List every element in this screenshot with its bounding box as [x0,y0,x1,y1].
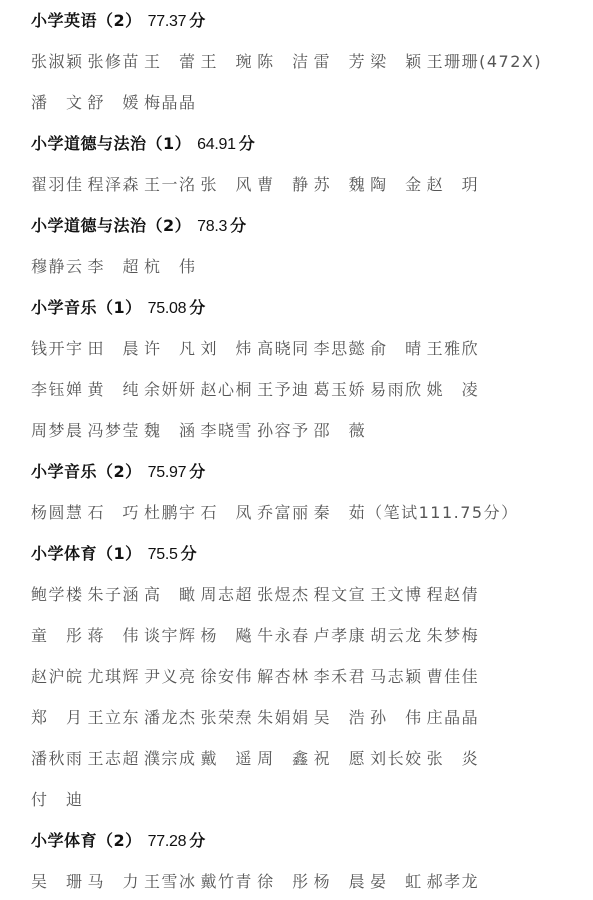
candidate-name: 刘 炜 [201,328,254,369]
candidate-name: 程文宣 [314,574,367,615]
names-line: 翟羽佳程泽森王一洺张 风曹 静苏 魏陶 金赵 玥 [31,164,591,205]
candidate-name: 张 风 [201,164,254,205]
candidate-name: 易雨欣 [370,369,423,410]
names-line: 穆静云李 超杭 伟 [31,246,591,287]
candidate-name: 李 超 [88,246,141,287]
candidate-name: 陈 洁 [257,41,310,82]
names-line: 付 迪 [31,779,591,820]
candidate-name: 姚 凌 [427,369,480,410]
section-heading: 小学道德与法治（2）78.3分 [31,205,591,246]
score-unit: 分 [230,216,247,235]
candidate-name: 乔富丽 [257,492,310,533]
candidate-name: 雷 芳 [314,41,367,82]
candidate-name: 赵 玥 [427,164,480,205]
candidate-name: 石 凤 [201,492,254,533]
candidate-name: 孙 伟 [370,697,423,738]
candidate-name: 刘长姣 [370,738,423,779]
candidate-name: 秦 茹（笔试111.75分） [314,492,519,533]
candidate-name: 朱梦梅 [427,615,480,656]
section-score: 75.5 [148,546,178,563]
candidate-name: 卢孝康 [314,615,367,656]
names-line: 赵沪皖尤琪辉尹义亮徐安伟解杏林李禾君马志颖曹佳佳 [31,656,591,697]
names-line: 吴 珊马 力王雪冰戴竹青徐 彤杨 晨晏 虹郝孝龙 [31,861,591,900]
section-heading: 小学音乐（1）75.08分 [31,287,591,328]
candidate-name: 杨圆慧 [31,492,84,533]
candidate-name: 付 迪 [31,779,84,820]
candidate-name: 程赵倩 [427,574,480,615]
candidate-name: 高 瞰 [144,574,197,615]
section-score: 77.37 [148,13,187,30]
candidate-name: 戴 遥 [201,738,254,779]
candidate-name: 俞 晴 [370,328,423,369]
score-unit: 分 [189,831,206,850]
section-title: 小学英语（2） [31,11,142,30]
candidate-name: 尤琪辉 [88,656,141,697]
candidate-name: 尹义亮 [144,656,197,697]
section-title: 小学道德与法治（1） [31,134,191,153]
candidate-name: 许 凡 [144,328,197,369]
candidate-name: 葛玉娇 [314,369,367,410]
candidate-name: 张修苗 [88,41,141,82]
candidate-name: 王志超 [88,738,141,779]
score-unit: 分 [189,462,206,481]
section-score: 78.3 [197,218,227,235]
candidate-name: 王立东 [88,697,141,738]
candidate-name: 潘 文 [31,82,84,123]
candidate-name: 潘秋雨 [31,738,84,779]
names-line: 鲍学楼朱子涵高 瞰周志超张煜杰程文宣王文博程赵倩 [31,574,591,615]
section-heading: 小学音乐（2）75.97分 [31,451,591,492]
document-body: 小学英语（2）77.37分张淑颖张修苗王 蕾王 琬陈 洁雷 芳梁 颖王珊珊(47… [31,0,591,900]
candidate-name: 郝孝龙 [427,861,480,900]
candidate-name: 翟羽佳 [31,164,84,205]
candidate-name: 舒 媛 [88,82,141,123]
section-score: 75.97 [148,464,187,481]
candidate-name: 赵沪皖 [31,656,84,697]
candidate-name: 徐安伟 [201,656,254,697]
candidate-name: 朱子涵 [88,574,141,615]
names-line: 郑 月王立东潘龙杰张荣焘朱娟娟吴 浩孙 伟庄晶晶 [31,697,591,738]
candidate-name: 王予迪 [257,369,310,410]
candidate-name: 李钰婵 [31,369,84,410]
candidate-name: 鲍学楼 [31,574,84,615]
candidate-name: 王一洺 [144,164,197,205]
section-heading: 小学英语（2）77.37分 [31,0,591,41]
section-score: 77.28 [148,833,187,850]
candidate-name: 张煜杰 [257,574,310,615]
candidate-name: 张淑颖 [31,41,84,82]
section-heading: 小学体育（1）75.5分 [31,533,591,574]
names-line: 李钰婵黄 纯余妍妍赵心桐王予迪葛玉娇易雨欣姚 凌 [31,369,591,410]
section-title: 小学道德与法治（2） [31,216,191,235]
candidate-name: 冯梦莹 [88,410,141,451]
candidate-name: 杨 晨 [314,861,367,900]
names-line: 潘秋雨王志超濮宗成戴 遥周 鑫祝 愿刘长姣张 炎 [31,738,591,779]
candidate-name: 徐 彤 [257,861,310,900]
candidate-name: 邵 薇 [314,410,367,451]
candidate-name: 杭 伟 [144,246,197,287]
candidate-name: 李晓雪 [201,410,254,451]
names-line: 杨圆慧石 巧杜鹏宇石 凤乔富丽秦 茹（笔试111.75分） [31,492,591,533]
score-unit: 分 [189,11,206,30]
candidate-name: 谈宇辉 [144,615,197,656]
candidate-name: 祝 愿 [314,738,367,779]
score-unit: 分 [239,134,256,153]
candidate-name: 郑 月 [31,697,84,738]
candidate-name: 高晓同 [257,328,310,369]
score-unit: 分 [189,298,206,317]
candidate-name: 张 炎 [427,738,480,779]
candidate-name: 解杏林 [257,656,310,697]
candidate-name: 庄晶晶 [427,697,480,738]
candidate-name: 李禾君 [314,656,367,697]
candidate-name: 王 蕾 [144,41,197,82]
candidate-name: 王文博 [370,574,423,615]
candidate-name: 曹 静 [257,164,310,205]
candidate-name: 黄 纯 [88,369,141,410]
candidate-name: 戴竹青 [201,861,254,900]
candidate-name: 石 巧 [88,492,141,533]
names-line: 周梦晨冯梦莹魏 涵李晓雪孙容予邵 薇 [31,410,591,451]
candidate-name: 王雅欣 [427,328,480,369]
candidate-name: 曹佳佳 [427,656,480,697]
section-title: 小学音乐（2） [31,462,142,481]
candidate-name: 周梦晨 [31,410,84,451]
candidate-name: 苏 魏 [314,164,367,205]
candidate-name: 田 晨 [88,328,141,369]
score-unit: 分 [181,544,198,563]
candidate-name: 周 鑫 [257,738,310,779]
section-heading: 小学道德与法治（1）64.91分 [31,123,591,164]
candidate-name: 梁 颖 [370,41,423,82]
candidate-name: 濮宗成 [144,738,197,779]
candidate-name: 程泽森 [88,164,141,205]
candidate-name: 周志超 [201,574,254,615]
names-line: 潘 文舒 媛梅晶晶 [31,82,591,123]
candidate-name: 杜鹏宇 [144,492,197,533]
candidate-name: 张荣焘 [201,697,254,738]
candidate-name: 孙容予 [257,410,310,451]
candidate-name: 潘龙杰 [144,697,197,738]
candidate-name: 马志颖 [370,656,423,697]
candidate-name: 晏 虹 [370,861,423,900]
section-title: 小学音乐（1） [31,298,142,317]
candidate-name: 胡云龙 [370,615,423,656]
candidate-name: 童 彤 [31,615,84,656]
candidate-name: 余妍妍 [144,369,197,410]
candidate-name: 赵心桐 [201,369,254,410]
section-score: 75.08 [148,300,187,317]
candidate-name: 陶 金 [370,164,423,205]
candidate-name: 王 琬 [201,41,254,82]
section-title: 小学体育（2） [31,831,142,850]
candidate-name: 吴 浩 [314,697,367,738]
candidate-name: 王珊珊(472X) [427,41,543,82]
candidate-name: 钱开宇 [31,328,84,369]
section-title: 小学体育（1） [31,544,142,563]
names-line: 童 彤蒋 伟谈宇辉杨 飚牛永春卢孝康胡云龙朱梦梅 [31,615,591,656]
candidate-name: 王雪冰 [144,861,197,900]
candidate-name: 马 力 [88,861,141,900]
candidate-name: 牛永春 [257,615,310,656]
candidate-name: 李思懿 [314,328,367,369]
section-heading: 小学体育（2）77.28分 [31,820,591,861]
candidate-name: 吴 珊 [31,861,84,900]
candidate-name: 穆静云 [31,246,84,287]
candidate-name: 梅晶晶 [144,82,197,123]
section-score: 64.91 [197,136,236,153]
candidate-name: 蒋 伟 [88,615,141,656]
candidate-name: 魏 涵 [144,410,197,451]
names-line: 钱开宇田 晨许 凡刘 炜高晓同李思懿俞 晴王雅欣 [31,328,591,369]
candidate-name: 朱娟娟 [257,697,310,738]
names-line: 张淑颖张修苗王 蕾王 琬陈 洁雷 芳梁 颖王珊珊(472X) [31,41,591,82]
candidate-name: 杨 飚 [201,615,254,656]
